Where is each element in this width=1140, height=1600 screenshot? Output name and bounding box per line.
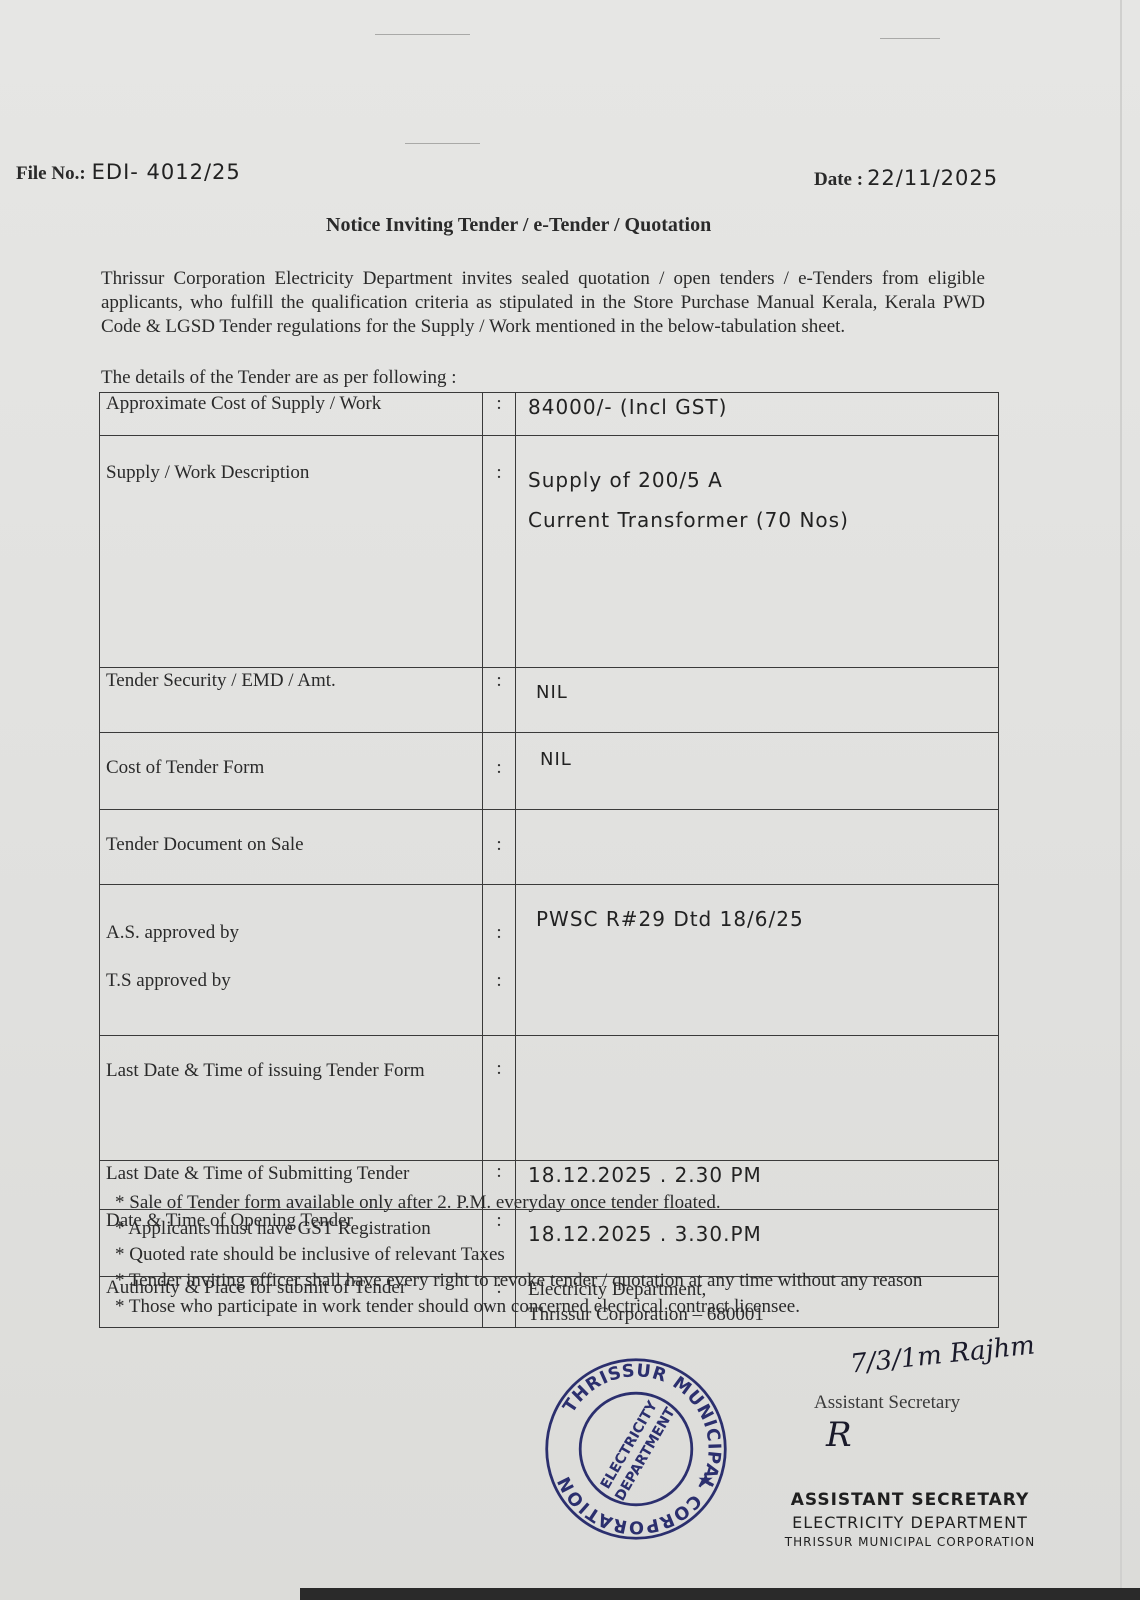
row-label: Approximate Cost of Supply / Work	[100, 393, 483, 436]
row-label: Tender Document on Sale	[100, 810, 483, 885]
row-separator: :	[483, 436, 516, 668]
note-item: * Quoted rate should be inclusive of rel…	[115, 1242, 995, 1268]
table-row: Approximate Cost of Supply / Work : 8400…	[100, 393, 999, 436]
file-number: File No.:EDI- 4012/25	[16, 160, 241, 185]
svg-text:★: ★	[697, 1470, 714, 1491]
file-number-value: EDI- 4012/25	[92, 160, 241, 184]
designation-stamp: ASSISTANT SECRETARY ELECTRICITY DEPARTME…	[780, 1490, 1040, 1549]
note-item: * Tender inviting officer shall have eve…	[115, 1268, 995, 1294]
note-item: * Sale of Tender form available only aft…	[115, 1190, 995, 1216]
row-separator: :	[483, 810, 516, 885]
work-description-value: Supply of 200/5 A Current Transformer (7…	[516, 436, 999, 668]
approval-values: PWSC R#29 Dtd 18/6/25	[516, 885, 999, 1036]
approval-labels: A.S. approved by T.S approved by	[100, 885, 483, 1036]
as-approved-label: A.S. approved by	[106, 909, 476, 957]
row-separator: :	[483, 668, 516, 733]
signatory-title: Assistant Secretary	[814, 1392, 960, 1414]
row-separator: :	[483, 1036, 516, 1161]
row-label: Tender Security / EMD / Amt.	[100, 668, 483, 733]
approx-cost-value: 84000/- (Incl GST)	[516, 393, 999, 436]
row-separator: : :	[483, 885, 516, 1036]
stamp-line-3: THRISSUR MUNICIPAL CORPORATION	[780, 1535, 1040, 1549]
table-row: Supply / Work Description : Supply of 20…	[100, 436, 999, 668]
document-page: File No.:EDI- 4012/25 Date :22/11/2025 N…	[0, 0, 1140, 1600]
description-line-2: Current Transformer (70 Nos)	[528, 500, 998, 540]
date-label: Date :	[814, 169, 863, 190]
emd-value: NIL	[516, 668, 999, 733]
table-row: Cost of Tender Form : NIL	[100, 733, 999, 810]
intro-paragraph: Thrissur Corporation Electricity Departm…	[101, 267, 985, 339]
description-line-1: Supply of 200/5 A	[528, 460, 998, 500]
tender-form-cost-value: NIL	[516, 733, 999, 810]
signature: 7/3/1m Rajhm	[849, 1330, 1036, 1379]
row-label: Supply / Work Description	[100, 436, 483, 668]
corporation-seal-icon: THRISSUR MUNICIPAL CORPORATION ELECTRICI…	[543, 1356, 729, 1542]
row-label: Cost of Tender Form	[100, 733, 483, 810]
stamp-line-2: ELECTRICITY DEPARTMENT	[780, 1513, 1040, 1532]
document-date: Date :22/11/2025	[814, 166, 998, 191]
faint-mark	[375, 34, 470, 35]
document-sale-value	[516, 810, 999, 885]
issue-deadline-value	[516, 1036, 999, 1161]
page-edge	[1120, 0, 1122, 1600]
table-row: A.S. approved by T.S approved by : : PWS…	[100, 885, 999, 1036]
note-item: * Applicants must have GST Registration	[115, 1216, 995, 1242]
tender-details-table: Approximate Cost of Supply / Work : 8400…	[99, 392, 999, 1328]
table-row: Tender Document on Sale :	[100, 810, 999, 885]
row-label: Last Date & Time of issuing Tender Form	[100, 1036, 483, 1161]
stamp-line-1: ASSISTANT SECRETARY	[780, 1490, 1040, 1510]
details-lead: The details of the Tender are as per fol…	[101, 367, 457, 389]
ts-approved-label: T.S approved by	[106, 957, 476, 1005]
initials-signature: R	[826, 1415, 852, 1455]
table-row: Tender Security / EMD / Amt. : NIL	[100, 668, 999, 733]
as-approved-value: PWSC R#29 Dtd 18/6/25	[536, 907, 998, 931]
faint-mark	[405, 143, 480, 144]
underlying-page-strip	[300, 1588, 1140, 1600]
note-item: * Those who participate in work tender s…	[115, 1294, 995, 1320]
row-separator: :	[483, 733, 516, 810]
faint-mark	[880, 38, 940, 39]
document-title: Notice Inviting Tender / e-Tender / Quot…	[326, 214, 711, 237]
row-separator: :	[483, 393, 516, 436]
table-row: Last Date & Time of issuing Tender Form …	[100, 1036, 999, 1161]
date-value: 22/11/2025	[867, 166, 998, 190]
notes-list: * Sale of Tender form available only aft…	[115, 1190, 995, 1320]
file-number-label: File No.:	[16, 163, 86, 184]
